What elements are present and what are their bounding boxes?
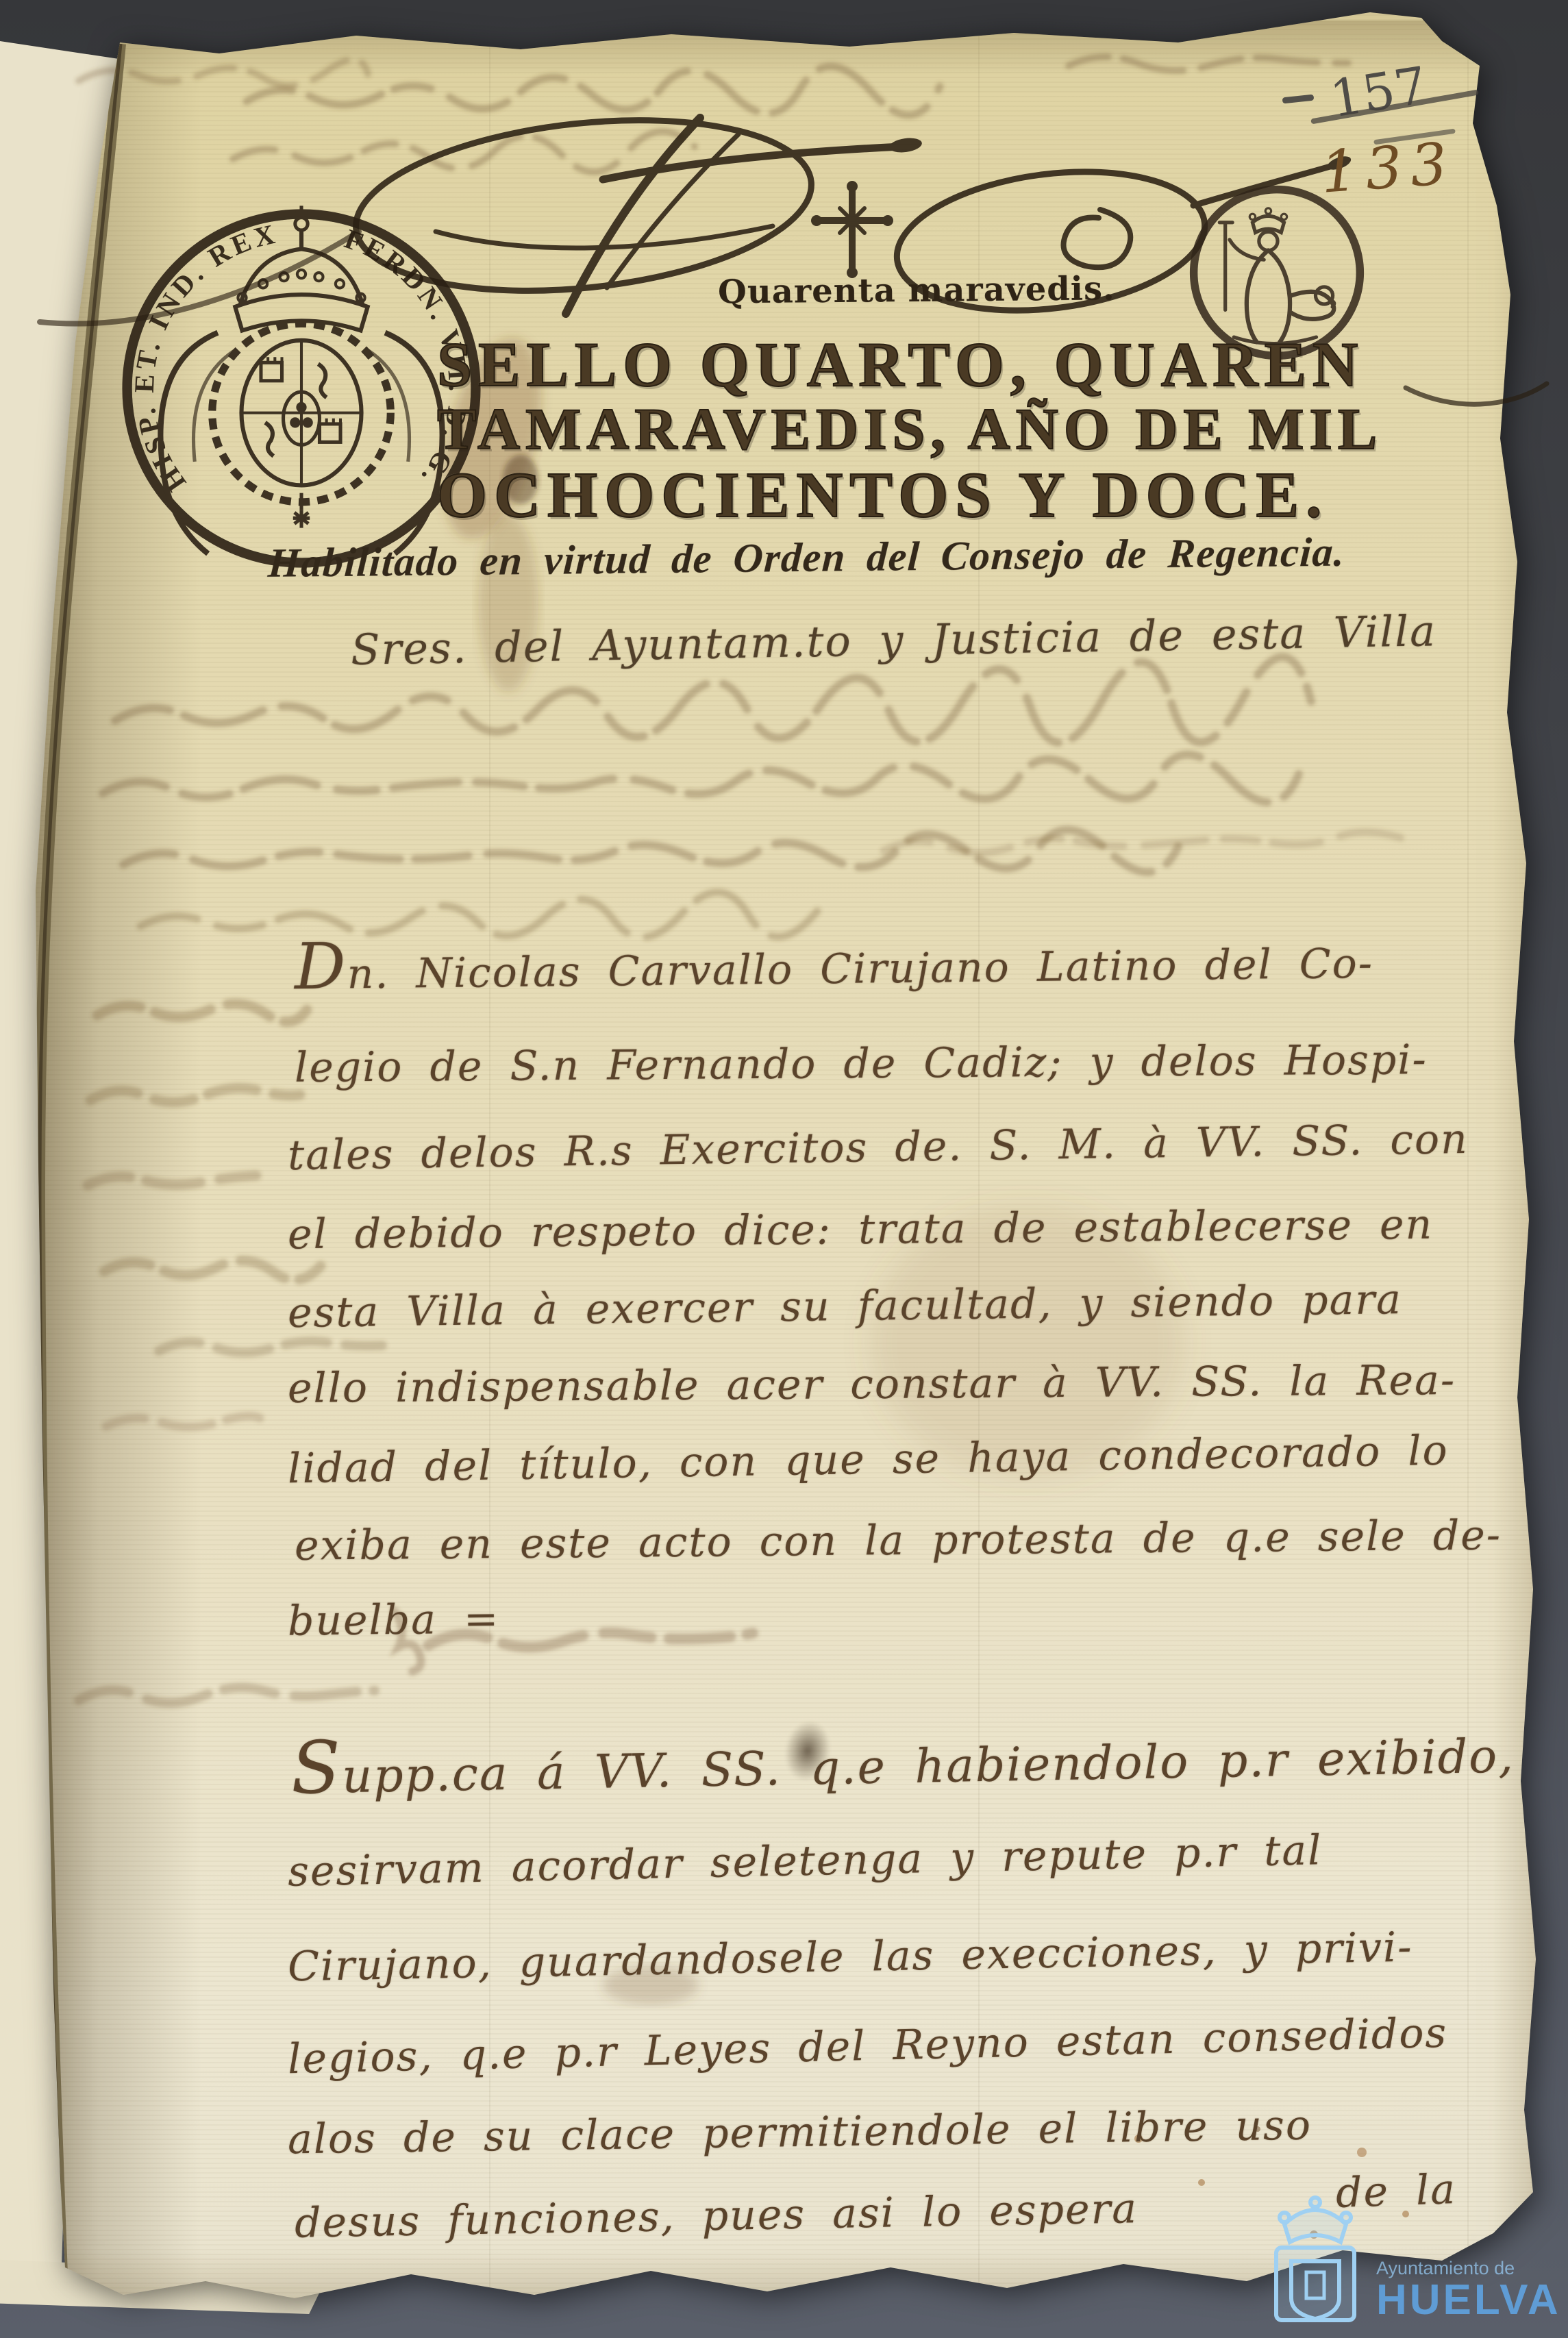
fee-note: Quarenta maravedis. xyxy=(718,269,1115,311)
seal-shield xyxy=(241,340,361,486)
right-edge-shadow xyxy=(1493,0,1568,2338)
stamp-title-line3: OCHOCIENTOS Y DOCE. xyxy=(437,462,1382,530)
stamp-title: SELLO QUARTO, QUAREN TAMARAVEDIS, AÑO DE… xyxy=(437,333,1382,530)
bottom-edge-shadow xyxy=(0,2249,1568,2311)
manuscript-body-line: el debido respeto dice: trata de estable… xyxy=(288,1201,1434,1259)
manuscript-petition-tail: de la xyxy=(1335,2165,1457,2217)
top-edge-shadow xyxy=(0,21,1568,75)
manuscript-body-line: ello indispensable acer constar à VV. SS… xyxy=(288,1356,1456,1413)
seal-legend-left: HISP. ET. IND. REX xyxy=(129,218,281,497)
stamp-title-line2: TAMARAVEDIS, AÑO DE MIL xyxy=(437,396,1382,462)
manuscript-body-line: buelba = xyxy=(288,1595,500,1645)
scanned-document-page: HISP. ET. IND. REX FERDN. VII. D. G. xyxy=(0,0,1568,2338)
manuscript-body-line: legio de S.n Fernando de Cadiz; y delos … xyxy=(295,1036,1428,1092)
stamp-title-line1: SELLO QUARTO, QUAREN xyxy=(437,333,1382,396)
